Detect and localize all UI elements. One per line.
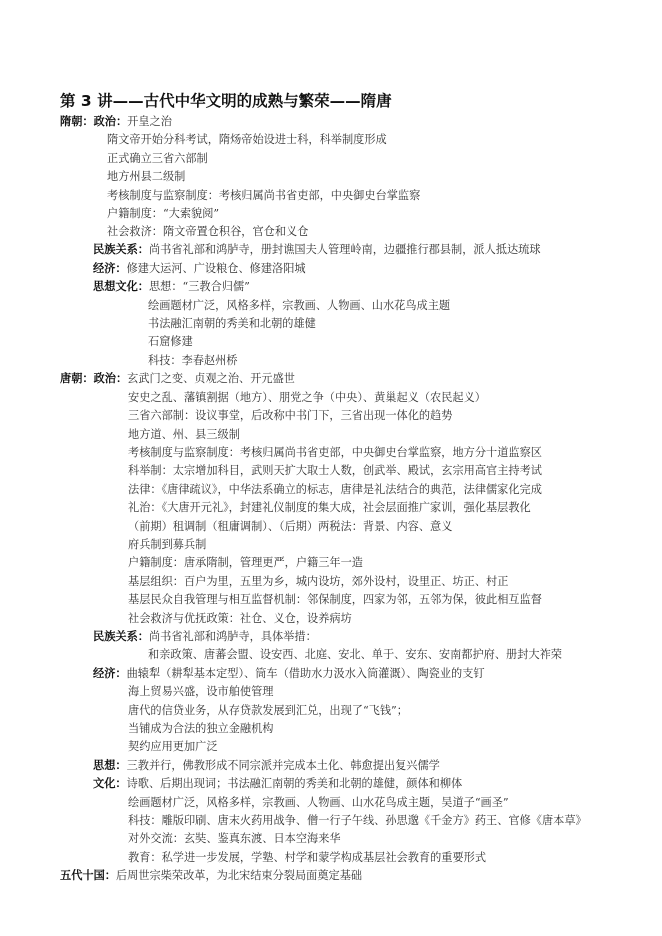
tang-politics-line-4: 考核制度与监察制度：考核归属尚书省吏部，中央御史台掌监察，地方分十道监察区 <box>128 446 542 460</box>
sui-label: 隋朝： <box>60 115 94 128</box>
tang-ethnic-row: 民族关系：尚书省礼部和鸿胪寺，具体举措： <box>93 630 317 644</box>
tang-culture-line-3: 对外交流：玄奘、鉴真东渡、日本空海来华 <box>128 832 341 846</box>
tang-politics-line-5: 科举制：太宗增加科目，武则天扩大取士人数，创武举、殿试，玄宗用高官主持考试 <box>128 464 542 478</box>
page-title: 第 3 讲——古代中华文明的成熟与繁荣——隋唐 <box>60 89 392 111</box>
tang-economy-line-3: 当铺成为合法的独立金融机构 <box>128 722 273 736</box>
tang-politics-line-6: 法律：《唐律疏议》，中华法系确立的标志，唐律是礼法结合的典范，法律儒家化完成 <box>128 483 542 497</box>
tang-economy-row: 经济：曲辕犁（耕犁基本定型）、筒车（借助水力汲水入筒灌溉）、陶瓷业的支钉 <box>93 667 485 681</box>
sui-culture-line-4: 科技：李春赵州桥 <box>148 354 238 368</box>
tang-politics-line-9: 府兵制到募兵制 <box>128 538 206 552</box>
wudai-label: 五代十国： <box>60 869 116 882</box>
tang-politics-line-10: 户籍制度：唐承隋制，管理更严，户籍三年一造 <box>128 556 363 570</box>
tang-politics-line-3: 地方道、州、县三级制 <box>128 428 240 442</box>
sui-culture-label: 思想文化： <box>93 280 149 293</box>
tang-culture-line-4: 教育：私学进一步发展，学塾、村学和蒙学构成基层社会教育的重要形式 <box>128 851 486 865</box>
tang-culture-line-1: 绘画题材广泛，风格多样，宗教画、人物画、山水花鸟成主题，吴道子“画圣” <box>128 796 509 810</box>
tang-thought-row: 思想：三教并行，佛教形成不同宗派并完成本土化、韩愈提出复兴儒学 <box>93 759 440 773</box>
tang-politics-line-11: 基层组织：百户为里，五里为乡，城内设坊，郊外设村，设里正、坊正、村正 <box>128 575 508 589</box>
tang-politics-line-12: 基层民众自我管理与相互监督机制：邻保制度，四家为邻，五邻为保，彼此相互监督 <box>128 593 542 607</box>
tang-politics-line-0: 玄武门之变、贞观之治、开元盛世 <box>127 372 295 385</box>
sui-culture-line-2: 书法融汇南朝的秀美和北朝的雄健 <box>148 317 316 331</box>
tang-culture-row: 文化：诗歌、后期出现词；书法融汇南朝的秀美和北朝的雄健，颜体和柳体 <box>93 777 462 791</box>
tang-culture-label: 文化： <box>93 777 127 790</box>
sui-ethnic-row: 民族关系：尚书省礼部和鸿胪寺，册封谯国夫人管理岭南，边疆推行郡县制，派人抵达琉球 <box>93 243 541 257</box>
sui-economy-label: 经济： <box>93 262 127 275</box>
tang-economy-label: 经济： <box>93 667 127 680</box>
tang-economy-line-2: 唐代的信贷业务，从存贷款发展到汇兑，出现了“飞钱”； <box>128 704 408 718</box>
tang-economy-line-1: 海上贸易兴盛，设市舶使管理 <box>128 685 273 699</box>
tang-culture-line-2: 科技：雕版印刷、唐末火药用战争、僧一行子午线、孙思邈《千金方》药王、官修《唐本草… <box>128 814 587 828</box>
sui-economy-text: 修建大运河、广设粮仓、修建洛阳城 <box>127 262 306 275</box>
sui-ethnic-label: 民族关系： <box>93 243 149 256</box>
tang-label: 唐朝： <box>60 372 94 385</box>
sui-culture-line-0: 思想：“三教合归儒” <box>149 280 250 293</box>
sui-politics-line-2: 正式确立三省六部制 <box>107 152 208 166</box>
tang-politics-label: 政治： <box>94 372 128 385</box>
tang-culture-line-0: 诗歌、后期出现词；书法融汇南朝的秀美和北朝的雄健，颜体和柳体 <box>127 777 463 790</box>
tang-economy-line-4: 契约应用更加广泛 <box>128 740 218 754</box>
tang-ethnic-sub: 和亲政策、唐蕃会盟、设安西、北庭、安北、单于、安东、安南都护府、册封大祚荣 <box>148 648 562 662</box>
tang-thought-text: 三教并行，佛教形成不同宗派并完成本土化、韩愈提出复兴儒学 <box>127 759 440 772</box>
tang-economy-line-0: 曲辕犁（耕犁基本定型）、筒车（借助水力汲水入筒灌溉）、陶瓷业的支钉 <box>127 667 485 680</box>
sui-politics-line-0: 开皇之治 <box>127 115 172 128</box>
wudai-row: 五代十国：后周世宗柴荣改革，为北宋结束分裂局面奠定基础 <box>60 869 362 883</box>
sui-culture-row: 思想文化：思想：“三教合归儒” <box>93 280 250 294</box>
sui-politics-line-5: 户籍制度：“大索貌阅” <box>107 207 219 221</box>
sui-politics-line-4: 考核制度与监察制度：考核归属尚书省吏部，中央御史台掌监察 <box>107 189 420 203</box>
sui-politics-line-6: 社会救济：隋文帝置仓积谷，官仓和义仓 <box>107 225 308 239</box>
tang-politics-line-2: 三省六部制：设议事堂，后改称中书门下，三省出现一体化的趋势 <box>128 409 452 423</box>
sui-politics-line-1: 隋文帝开始分科考试，隋炀帝始设进士科，科举制度形成 <box>107 133 387 147</box>
tang-politics-line-8: （前期）租调制（租庸调制）、（后期）两税法：背景、内容、意义 <box>128 520 452 534</box>
sui-ethnic-text: 尚书省礼部和鸿胪寺，册封谯国夫人管理岭南，边疆推行郡县制，派人抵达琉球 <box>149 243 541 256</box>
tang-politics-row: 唐朝：政治：玄武门之变、贞观之治、开元盛世 <box>60 372 295 386</box>
sui-culture-line-1: 绘画题材广泛，风格多样，宗教画、人物画、山水花鸟成主题 <box>148 299 450 313</box>
tang-ethnic-label: 民族关系： <box>93 630 149 643</box>
sui-politics-line-3: 地方州县二级制 <box>107 170 185 184</box>
tang-politics-line-1: 安史之乱、藩镇割据（地方）、朋党之争（中央）、黄巢起义（农民起义） <box>128 391 486 405</box>
sui-culture-line-3: 石窟修建 <box>148 335 193 349</box>
tang-ethnic-text: 尚书省礼部和鸿胪寺，具体举措： <box>149 630 317 643</box>
tang-politics-line-13: 社会救济与优抚政策：社仓、义仓，设养病坊 <box>128 612 352 626</box>
sui-politics-row: 隋朝：政治：开皇之治 <box>60 115 172 129</box>
sui-economy-row: 经济：修建大运河、广设粮仓、修建洛阳城 <box>93 262 306 276</box>
tang-thought-label: 思想： <box>93 759 127 772</box>
sui-politics-label: 政治： <box>94 115 128 128</box>
wudai-text: 后周世宗柴荣改革，为北宋结束分裂局面奠定基础 <box>116 869 362 882</box>
tang-politics-line-7: 礼治：《大唐开元礼》，封建礼仪制度的集大成，社会层面推广家训，强化基层教化 <box>128 501 531 515</box>
